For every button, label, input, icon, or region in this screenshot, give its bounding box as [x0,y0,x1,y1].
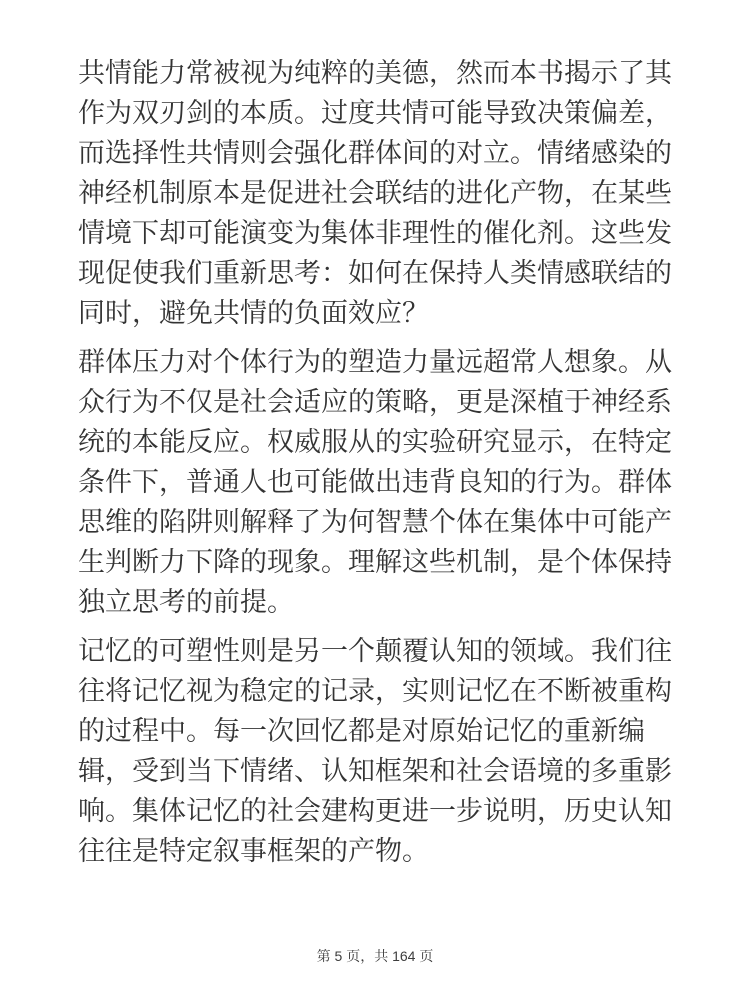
document-page: 共情能力常被视为纯粹的美德，然而本书揭示了其 作为双刃剑的本质。过度共情可能导致… [0,0,750,1000]
page-number-footer: 第 5 页，共 164 页 [0,946,750,966]
paragraph-memory-plasticity: 记忆的可塑性则是另一个颠覆认知的领域。我们往 往将记忆视为稳定的记录，实则记忆在… [78,631,678,871]
paragraph-group-pressure: 群体压力对个体行为的塑造力量远超常人想象。从 众行为不仅是社会适应的策略，更是深… [78,342,678,622]
page-content: 共情能力常被视为纯粹的美德，然而本书揭示了其 作为双刃剑的本质。过度共情可能导致… [78,53,678,880]
paragraph-empathy: 共情能力常被视为纯粹的美德，然而本书揭示了其 作为双刃剑的本质。过度共情可能导致… [78,53,678,333]
